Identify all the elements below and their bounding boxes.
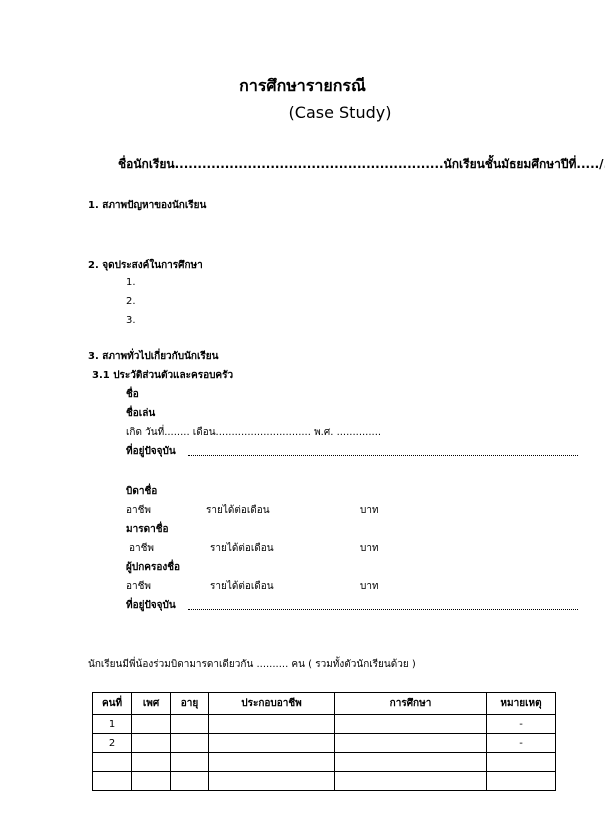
table-row: 1 - xyxy=(93,715,556,734)
name-label: ชื่อ xyxy=(126,387,139,402)
cell-age[interactable] xyxy=(171,734,209,753)
cell-person-no[interactable]: 1 xyxy=(93,715,132,734)
father-occupation-label: อาชีพ xyxy=(126,503,151,518)
objective-item-3: 3. xyxy=(126,315,136,326)
cell-occupation[interactable] xyxy=(209,734,335,753)
header-person-no: คนที่ xyxy=(93,693,132,715)
table-header-row: คนที่ เพศ อายุ ประกอบอาชีพ การศึกษา หมาย… xyxy=(93,693,556,715)
header-education: การศึกษา xyxy=(335,693,487,715)
mother-income-label: รายได้ต่อเดือน xyxy=(210,541,274,556)
cell-remarks[interactable] xyxy=(487,753,556,772)
header-age: อายุ xyxy=(171,693,209,715)
section-3-heading: 3. สภาพทั่วไปเกี่ยวกับนักเรียน xyxy=(88,349,218,364)
father-income-label: รายได้ต่อเดือน xyxy=(206,503,270,518)
header-gender: เพศ xyxy=(132,693,171,715)
cell-education[interactable] xyxy=(335,715,487,734)
page-title: การศึกษารายกรณี xyxy=(0,74,605,99)
table-row xyxy=(93,772,556,791)
cell-gender[interactable] xyxy=(132,772,171,791)
mother-name-label: มารดาชื่อ xyxy=(126,522,168,537)
guardian-income-label: รายได้ต่อเดือน xyxy=(210,579,274,594)
cell-remarks[interactable]: - xyxy=(487,734,556,753)
mother-occupation-label: อาชีพ xyxy=(129,541,154,556)
cell-age[interactable] xyxy=(171,772,209,791)
header-occupation: ประกอบอาชีพ xyxy=(209,693,335,715)
father-name-label: บิดาชื่อ xyxy=(126,484,157,499)
cell-person-no[interactable]: 2 xyxy=(93,734,132,753)
section-1-heading: 1. สภาพปัญหาของนักเรียน xyxy=(88,198,206,213)
cell-remarks[interactable]: - xyxy=(487,715,556,734)
student-name-line: ชื่อนักเรียน............................… xyxy=(118,155,605,174)
cell-age[interactable] xyxy=(171,715,209,734)
table-row xyxy=(93,753,556,772)
birth-date-line: เกิด วันที่........ เดือน...............… xyxy=(126,425,381,440)
guardian-address-dotted-line xyxy=(188,609,578,610)
cell-remarks[interactable] xyxy=(487,772,556,791)
objective-item-2: 2. xyxy=(126,296,136,307)
cell-person-no[interactable] xyxy=(93,772,132,791)
cell-gender[interactable] xyxy=(132,753,171,772)
siblings-line: นักเรียนมีพี่น้องร่วมบิดามารดาเดียวกัน .… xyxy=(88,657,416,672)
mother-baht-label: บาท xyxy=(360,541,379,556)
nickname-label: ชื่อเล่น xyxy=(126,406,155,421)
cell-occupation[interactable] xyxy=(209,753,335,772)
address-label: ที่อยู่ปัจจุบัน xyxy=(126,444,176,459)
objective-item-1: 1. xyxy=(126,277,136,288)
guardian-occupation-label: อาชีพ xyxy=(126,579,151,594)
section-2-heading: 2. จุดประสงค์ในการศึกษา xyxy=(88,258,203,273)
guardian-name-label: ผู้ปกครองชื่อ xyxy=(126,560,180,575)
cell-education[interactable] xyxy=(335,753,487,772)
page-subtitle: (Case Study) xyxy=(0,103,605,122)
siblings-table: คนที่ เพศ อายุ ประกอบอาชีพ การศึกษา หมาย… xyxy=(92,692,556,791)
cell-occupation[interactable] xyxy=(209,715,335,734)
cell-person-no[interactable] xyxy=(93,753,132,772)
cell-occupation[interactable] xyxy=(209,772,335,791)
guardian-address-label: ที่อยู่ปัจจุบัน xyxy=(126,598,176,613)
cell-education[interactable] xyxy=(335,772,487,791)
father-baht-label: บาท xyxy=(360,503,379,518)
address-dotted-line xyxy=(188,455,578,456)
cell-age[interactable] xyxy=(171,753,209,772)
cell-education[interactable] xyxy=(335,734,487,753)
guardian-baht-label: บาท xyxy=(360,579,379,594)
subsection-3-1-heading: 3.1 ประวัติส่วนตัวและครอบครัว xyxy=(92,368,233,383)
cell-gender[interactable] xyxy=(132,715,171,734)
header-remarks: หมายเหตุ xyxy=(487,693,556,715)
cell-gender[interactable] xyxy=(132,734,171,753)
table-row: 2 - xyxy=(93,734,556,753)
